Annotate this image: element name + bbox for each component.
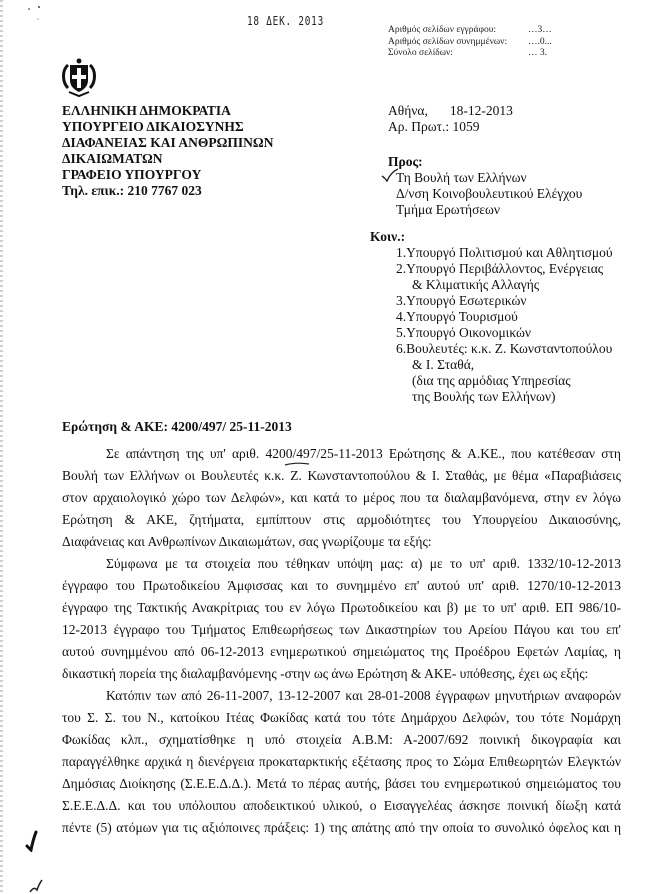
page-count-box: Αριθμός σελίδων εγγράφου:…3…Αριθμός σελί…: [388, 25, 568, 60]
cc-item-continuation: & Ι. Σταθά,: [396, 357, 613, 373]
body-line: στον αρχαιολογικό χώρο των Δελφών», και …: [62, 487, 621, 509]
scan-edge: [0, 0, 3, 894]
body-paragraph: Σύμφωνα με τα στοιχεία που τέθηκαν υπόψη…: [62, 553, 621, 685]
sender-line: ΔΙΑΦΑΝΕΙΑΣ ΚΑΙ ΑΝΘΡΩΠΙΝΩΝ: [62, 135, 273, 151]
page-count-value: …3…: [528, 25, 568, 37]
sender-line: ΥΠΟΥΡΓΕΙΟ ΔΙΚΑΙΟΣΥΝΗΣ: [62, 119, 273, 135]
page-count-value: … 3.: [528, 48, 568, 60]
page-count-row: Αριθμός σελίδων συνημμένων:….0...: [388, 37, 568, 49]
body-line: Βουλή των Ελλήνων οι Βουλευτές κ.κ. Ζ. Κ…: [62, 465, 621, 487]
underline-stroke: [284, 461, 310, 467]
body-line: αυτού συνημμένου από 06-12-2013 ενημερωτ…: [62, 641, 621, 663]
recipient-line: Δ/νση Κοινοβουλευτικού Ελέγχου: [388, 186, 582, 202]
checkmark-icon: [381, 168, 399, 182]
cc-item: 5.Υπουργό Οικονομικών: [396, 325, 613, 341]
cc-item: 4.Υπουργό Τουρισμού: [396, 309, 613, 325]
body-paragraph: Κατόπιν των από 26-11-2007, 13-12-2007 κ…: [62, 685, 621, 839]
body-line: Κατόπιν των από 26-11-2007, 13-12-2007 κ…: [62, 685, 621, 707]
body-line: Δημόσιας Διοίκησης (Σ.Ε.Ε.Δ.Δ.). Μετά το…: [62, 773, 621, 795]
greek-coat-of-arms-icon: [60, 58, 98, 98]
cc-item-line: 1.Υπουργό Πολιτισμού και Αθλητισμού: [396, 245, 613, 261]
page-count-label: Σύνολο σελίδων:: [388, 48, 528, 60]
body-line: παραγγέλθηκε αρχικά η διενέργεια προκατα…: [62, 751, 621, 773]
handwritten-mark-icon: [28, 878, 44, 894]
page-count-label: Αριθμός σελίδων συνημμένων:: [388, 37, 528, 49]
received-date-stamp: 18 ΔΕΚ. 2013: [247, 14, 324, 28]
cc-label: Κοιν.:: [370, 229, 613, 245]
place-date-line: Αθήνα,18-12-2013: [388, 103, 513, 119]
scanned-letter-page: 18 ΔΕΚ. 2013 Αριθμός σελίδων εγγράφου:…3…: [0, 0, 660, 894]
cc-item-line: 4.Υπουργό Τουρισμού: [396, 309, 613, 325]
body-line: πέντε (5) ατόμων για τις αξιόποινες πράξ…: [62, 817, 621, 839]
scan-specks-icon: [25, 4, 45, 24]
body-line: δικαστική πορεία της διαλαμβανόμενης -στ…: [62, 663, 621, 685]
checkmark-icon: [24, 830, 42, 852]
subject-line: Ερώτηση & ΑΚΕ: 4200/497/ 25-11-2013: [62, 419, 292, 435]
cc-item: 6.Βουλευτές: κ.κ. Ζ. Κωνσταντοπούλου& Ι.…: [396, 341, 613, 405]
body-line: έγγραφο του Πρωτοδικείου Άμφισσας και το…: [62, 575, 621, 597]
cc-item-continuation: (δια της αρμόδιας Υπηρεσίας: [396, 373, 613, 389]
cc-item-line: 2.Υπουργό Περιβάλλοντος, Ενέργειας: [396, 261, 613, 277]
date-protocol-block: Αθήνα,18-12-2013 Αρ. Πρωτ.: 1059: [388, 103, 513, 135]
body-line: Σύμφωνα με τα στοιχεία που τέθηκαν υπόψη…: [62, 553, 621, 575]
cc-item-continuation: & Κλιματικής Αλλαγής: [396, 277, 613, 293]
recipient-line: Τμήμα Ερωτήσεων: [388, 202, 582, 218]
cc-item: 1.Υπουργό Πολιτισμού και Αθλητισμού: [396, 245, 613, 261]
cc-item: 2.Υπουργό Περιβάλλοντος, Ενέργειας& Κλιμ…: [396, 261, 613, 293]
place: Αθήνα,: [388, 103, 428, 118]
body-line: Φωκίδας κλπ., σχηματίσθηκε η υπό στοιχεί…: [62, 729, 621, 751]
cc-list: 1.Υπουργό Πολιτισμού και Αθλητισμού2.Υπο…: [370, 245, 613, 405]
sender-block: ΕΛΛΗΝΙΚΗ ΔΗΜΟΚΡΑΤΙΑΥΠΟΥΡΓΕΙΟ ΔΙΚΑΙΟΣΥΝΗΣ…: [62, 103, 273, 199]
cc-item-continuation: της Βουλής των Ελλήνων): [396, 389, 613, 405]
sender-line: ΕΛΛΗΝΙΚΗ ΔΗΜΟΚΡΑΤΙΑ: [62, 103, 273, 119]
recipient-label: Προς:: [388, 154, 582, 170]
body-line: Σε απάντηση της υπ' αριθ. 4200/497/25-11…: [62, 443, 621, 465]
sender-line: ΔΙΚΑΙΩΜΑΤΩΝ: [62, 151, 273, 167]
body-line: Διαφάνειας και Ανθρωπίνων Δικαιωμάτων, σ…: [62, 531, 621, 553]
cc-item-line: 6.Βουλευτές: κ.κ. Ζ. Κωνσταντοπούλου: [396, 341, 613, 357]
page-count-row: Σύνολο σελίδων:… 3.: [388, 48, 568, 60]
recipient-block: Προς: Τη Βουλή των ΕλλήνωνΔ/νση Κοινοβου…: [388, 154, 582, 218]
body-line: Ερώτηση & ΑΚΕ, ζητήματα, εμπίπτουν στις …: [62, 509, 621, 531]
body-line: έγγραφο της Τακτικής Ανακρίτριας του εν …: [62, 597, 621, 619]
sender-line: ΓΡΑΦΕΙΟ ΥΠΟΥΡΓΟΥ: [62, 167, 273, 183]
document-date: 18-12-2013: [450, 103, 513, 118]
body-line: του Σ. Σ. του Ν., κατοίκου Ιτέας Φωκίδας…: [62, 707, 621, 729]
cc-block: Κοιν.: 1.Υπουργό Πολιτισμού και Αθλητισμ…: [370, 229, 613, 405]
protocol-number: Αρ. Πρωτ.: 1059: [388, 119, 513, 135]
recipient-line: Τη Βουλή των Ελλήνων: [388, 170, 582, 186]
page-count-label: Αριθμός σελίδων εγγράφου:: [388, 25, 528, 37]
cc-item: 3.Υπουργό Εσωτερικών: [396, 293, 613, 309]
sender-line: Τηλ. επικ.: 210 7767 023: [62, 183, 273, 199]
body-line: 12-2013 έγγραφο του Τμήματος Επιθεωρήσεω…: [62, 619, 621, 641]
cc-item-line: 3.Υπουργό Εσωτερικών: [396, 293, 613, 309]
page-count-value: ….0...: [528, 37, 568, 49]
page-count-row: Αριθμός σελίδων εγγράφου:…3…: [388, 25, 568, 37]
body-paragraph: Σε απάντηση της υπ' αριθ. 4200/497/25-11…: [62, 443, 621, 553]
body-line: Σ.Ε.Ε.Δ.Δ. και του υπόλοιπου αποδεικτικο…: [62, 795, 621, 817]
cc-item-line: 5.Υπουργό Οικονομικών: [396, 325, 613, 341]
letter-body: Σε απάντηση της υπ' αριθ. 4200/497/25-11…: [62, 443, 621, 839]
